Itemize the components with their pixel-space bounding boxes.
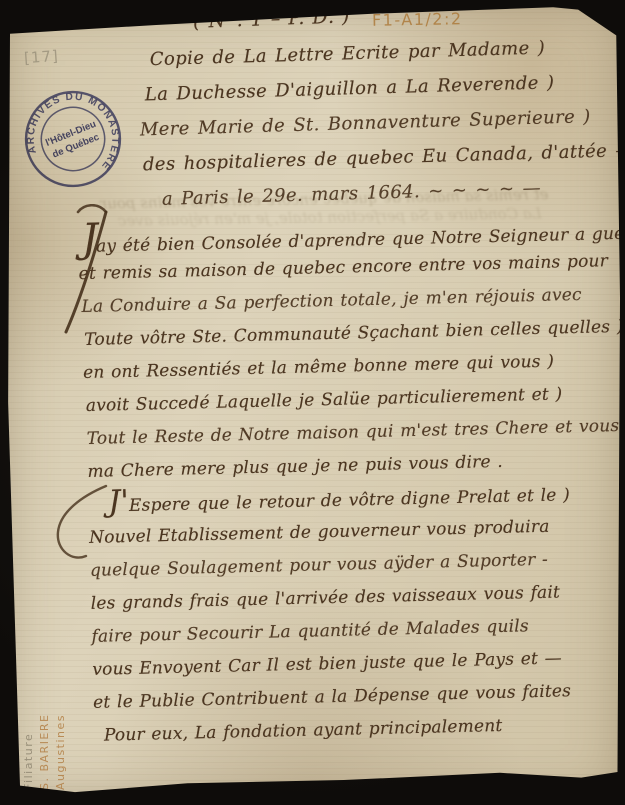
margin-note-orange: S. BARIERE: [38, 632, 51, 790]
archive-stamp: ARCHIVES DU MONASTERE l'Hôtel-Dieu de Qu…: [7, 73, 140, 206]
pencil-folio-number: [17]: [23, 47, 59, 67]
margin-note-pencil: Filiature: [22, 632, 35, 790]
header-number: ( N°. 1 – P. D. ): [193, 5, 351, 32]
manuscript-page: et remis sa maison de quebec encore entr…: [0, 0, 625, 805]
margin-note-orange: Augustines: [54, 632, 67, 790]
scan-background: et remis sa maison de quebec encore entr…: [0, 0, 625, 805]
letter-heading: Copie de La Lettre Ecrite par Madame ) L…: [150, 35, 625, 224]
margin-notes: Filiature S. BARIERE Augustines: [22, 632, 67, 790]
archival-code: F1-A1/2:2: [372, 9, 463, 30]
letter-body: Jay été bien Consolée d'aprendre que Not…: [82, 217, 625, 759]
